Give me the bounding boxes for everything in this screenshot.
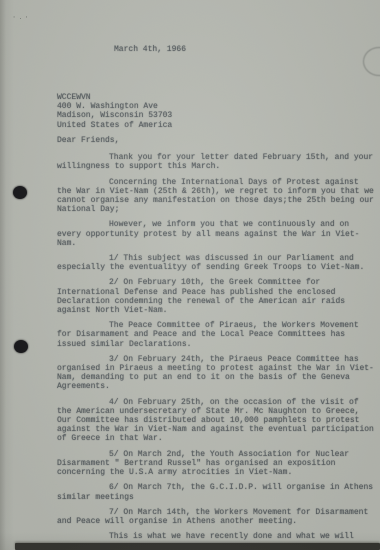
letter-paragraph: The Peace Committee of Piraeus, the Work… [57, 321, 374, 349]
recipient-city: Madison, Wisconsin 53703 [57, 111, 172, 120]
punch-hole-bottom [14, 340, 28, 353]
recipient-country: United States of America [57, 121, 172, 130]
letter-paragraph: Thank you for your letter dated February… [57, 153, 374, 171]
letter-paragraph: Concerning the International Days of Pro… [57, 178, 374, 215]
punch-hole-top [13, 186, 27, 199]
pencil-marks: ·․· [12, 13, 38, 21]
pencil-circle-annotation [363, 47, 380, 76]
letter-paragraph: 7/ On March 14th, the Workers Movement f… [57, 508, 374, 526]
scan-bottom-edge [15, 543, 380, 550]
salutation: Dear Friends, [57, 136, 374, 145]
letter-paragraph: 4/ On February 25th, on the occasion of … [57, 398, 374, 444]
letter-date: March 4th, 1966 [114, 45, 186, 54]
letter-page: ·․· March 4th, 1966 WCCEWVN 400 W. Washi… [0, 0, 380, 550]
letter-body: Dear Friends, Thank you for your letter … [57, 136, 374, 547]
paragraph-list: Thank you for your letter dated February… [57, 153, 374, 541]
recipient-name: WCCEWVN [57, 93, 172, 102]
letter-paragraph: 2/ On February 10th, the Greek Committee… [57, 278, 374, 315]
letter-paragraph: This is what we have recently done and w… [57, 532, 374, 541]
letter-paragraph: 1/ This subject was discussed in our Par… [57, 254, 374, 272]
recipient-address-block: WCCEWVN 400 W. Washington Ave Madison, W… [57, 93, 172, 130]
letter-paragraph: 6/ On March 7th, the G.C.I.D.P. will org… [57, 483, 374, 501]
letter-paragraph: 3/ On February 24th, the Piraeus Peace C… [57, 355, 374, 392]
letter-paragraph: However, we inform you that we continuou… [57, 220, 374, 248]
letter-paragraph: 5/ On March 2nd, the Youth Association f… [57, 450, 374, 478]
